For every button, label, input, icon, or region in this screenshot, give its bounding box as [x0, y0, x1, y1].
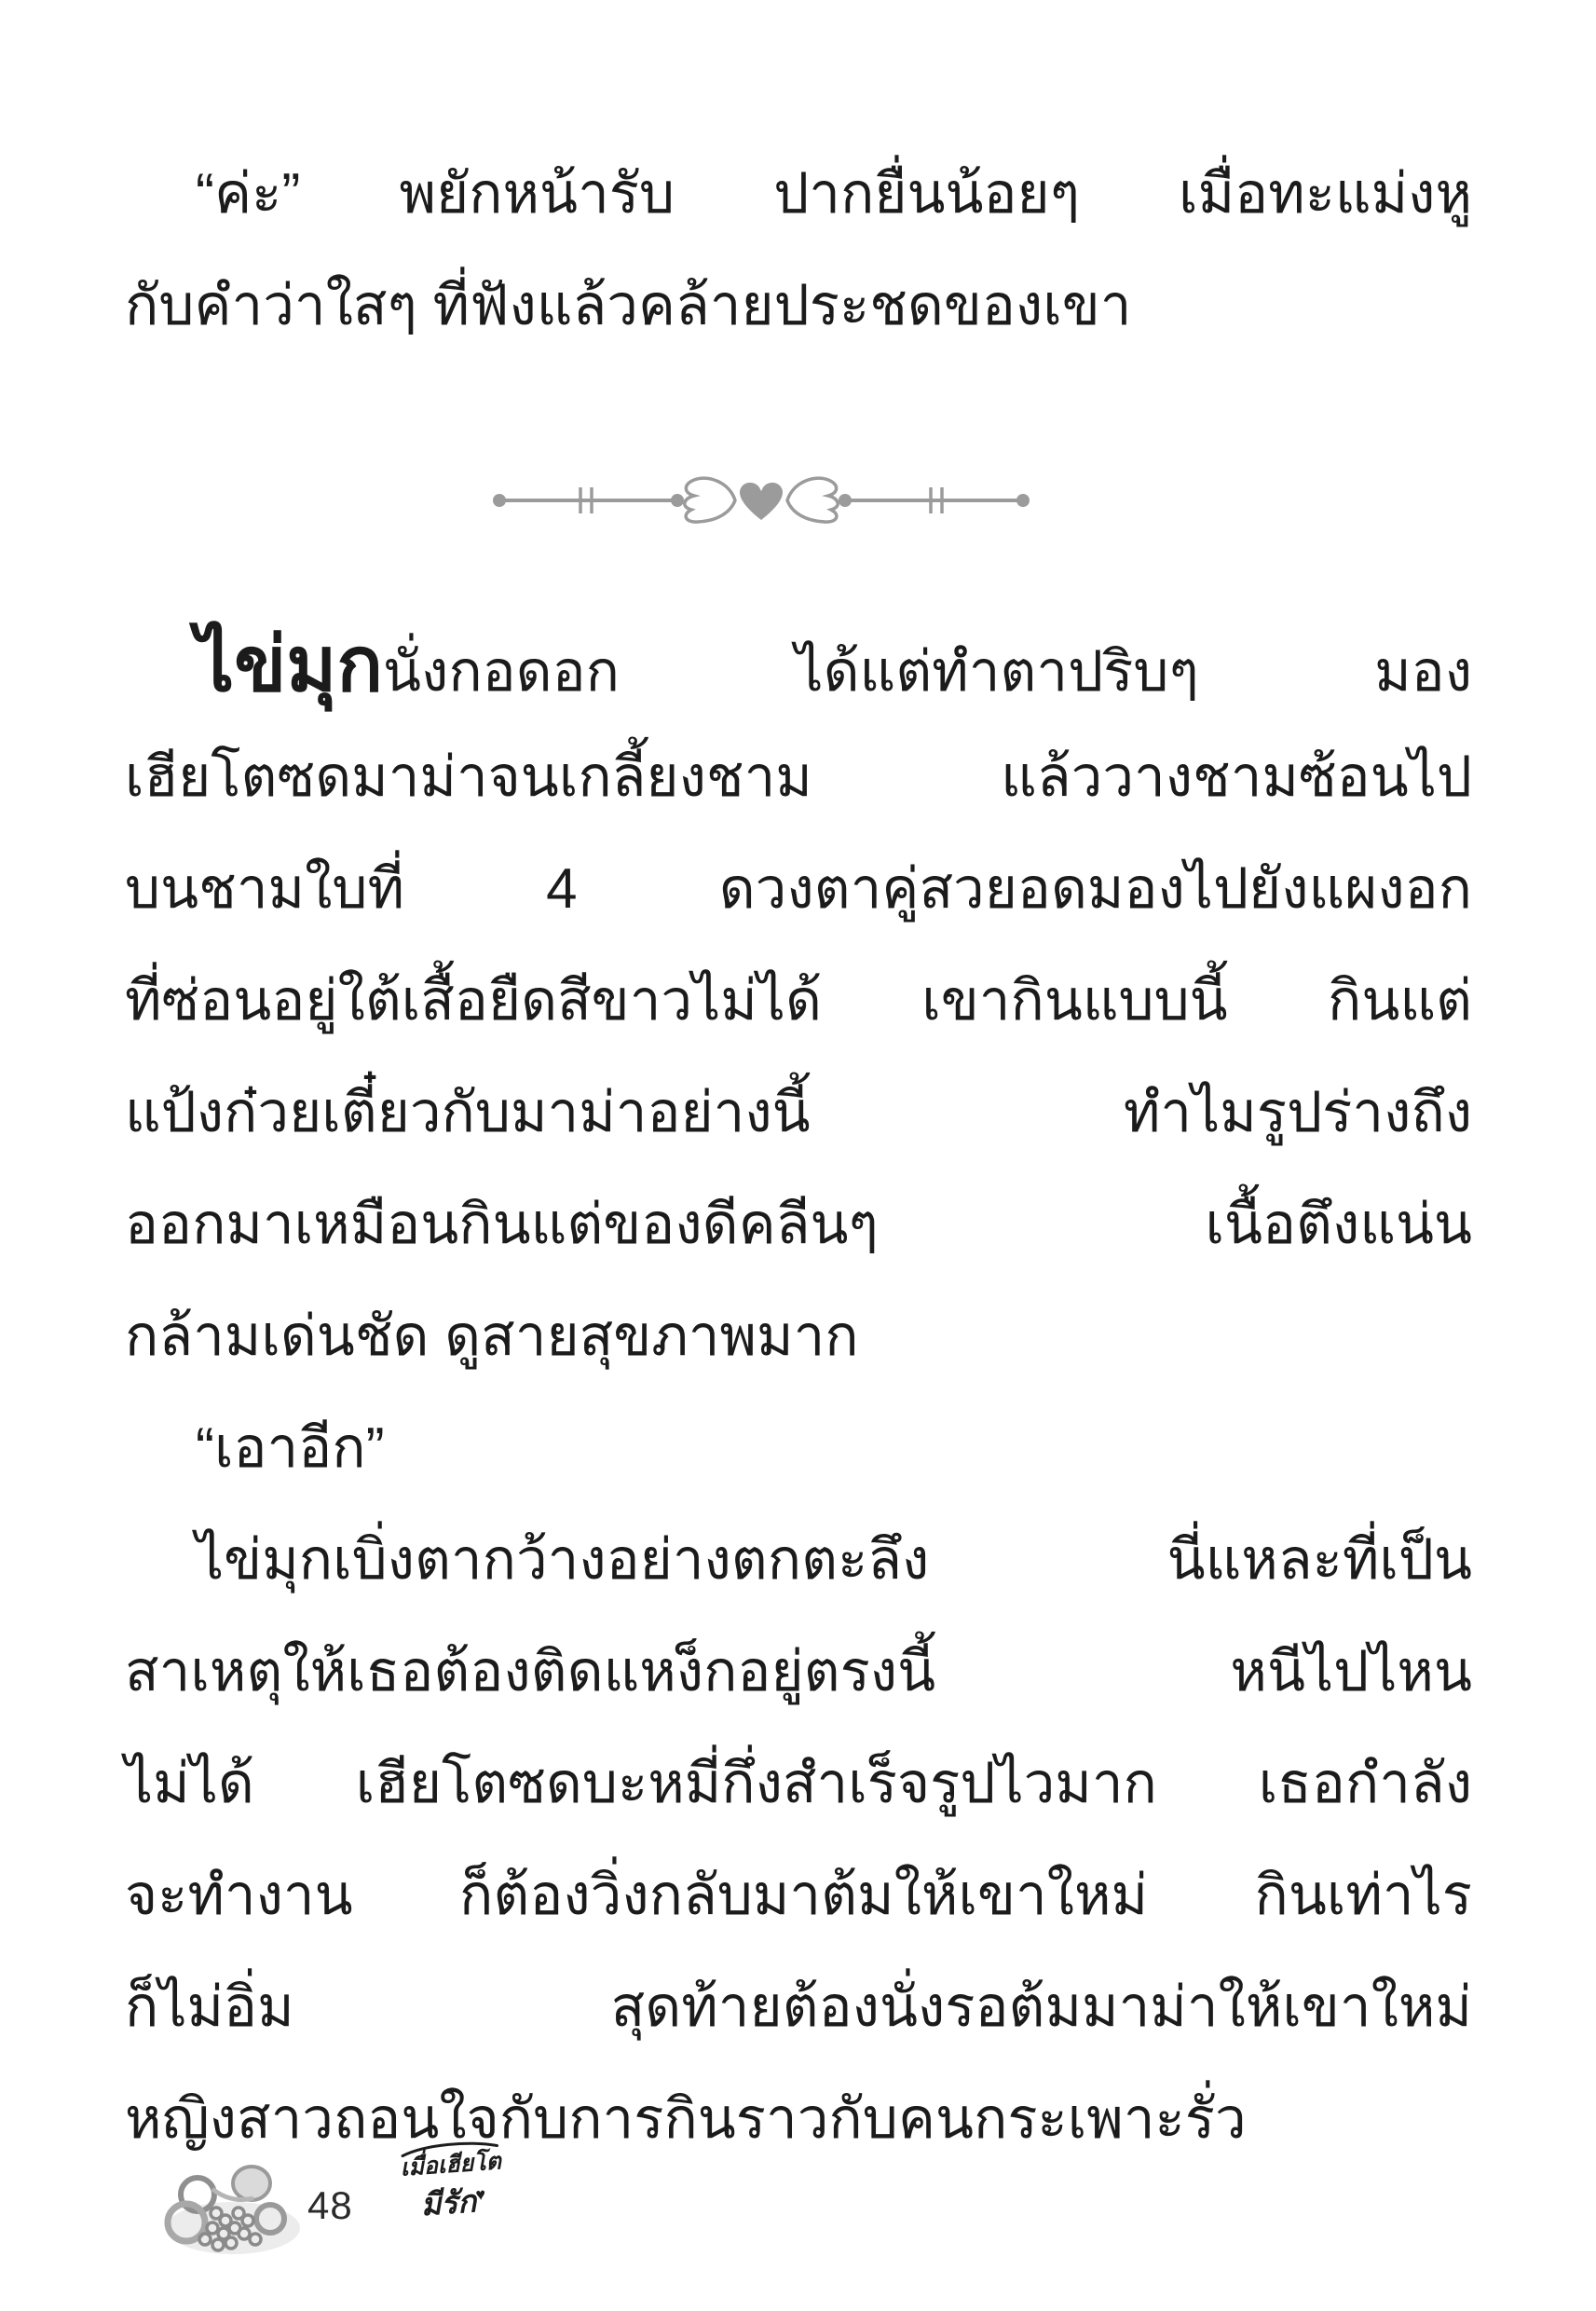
page-footer: 48 เมื่อเฮียโต มีรัก♥ [0, 2139, 1596, 2278]
book-logo: เมื่อเฮียโต มีรัก♥ [389, 2137, 515, 2225]
text-line: สาเหตุให้เธอต้องติดแหง็กอยู่ตรงนี้ หนีไป… [125, 1616, 1472, 1728]
paragraph: “ค่ะ” พยักหน้ารับ ปากยื่นน้อยๆ เมื่อทะแม… [125, 138, 1472, 362]
divider-end-dot [1016, 494, 1030, 507]
page-body-text: “ค่ะ” พยักหน้ารับ ปากยื่นน้อยๆ เมื่อทะแม… [125, 0, 1472, 2175]
text-line: “เอาอีก” [125, 1392, 1472, 1504]
paragraph: ไข่มุกนั่งกอดอก ได้แต่ทำตาปริบๆ มอง เฮีย… [125, 609, 1472, 1392]
paragraph: “เอาอีก” [125, 1392, 1472, 1504]
text-line: ออกมาเหมือนกินแต่ของดีคลีนๆ เนื้อตึงแน่น [125, 1169, 1472, 1280]
paragraph-lead-word: ไข่มุก [196, 622, 383, 707]
text-line: “ค่ะ” พยักหน้ารับ ปากยื่นน้อยๆ เมื่อทะแม… [125, 138, 1472, 250]
book-page: “ค่ะ” พยักหน้ารับ ปากยื่นน้อยๆ เมื่อทะแม… [0, 0, 1596, 2311]
logo-title-text: มีรัก [419, 2185, 477, 2222]
text-run: นั่งกอดอก ได้แต่ทำตาปริบๆ มอง [383, 640, 1472, 703]
paragraph: ไข่มุกเบิ่งตากว้างอย่างตกตะลึง นี่แหละที… [125, 1504, 1472, 2175]
text-line: บนชามใบที่ 4 ดวงตาคู่สวยอดมองไปยังแผงอก [125, 833, 1472, 945]
section-divider [125, 472, 1472, 529]
heart-icon: ♥ [475, 2185, 486, 2205]
winged-heart-divider [491, 472, 1031, 529]
page-number: 48 [307, 2183, 353, 2228]
text-line: กับคำว่าใสๆ ที่ฟังแล้วคล้ายประชดของเขา [125, 250, 1472, 362]
text-line: ไข่มุกเบิ่งตากว้างอย่างตกตะลึง นี่แหละที… [125, 1504, 1472, 1616]
wing-right-icon [787, 478, 838, 522]
text-line: แป้งก๋วยเตี๋ยวกับมาม่าอย่างนี้ ทำไมรูปร่… [125, 1057, 1472, 1169]
text-line: จะทำงาน ก็ต้องวิ่งกลับมาต้มให้เขาใหม่ กิ… [125, 1839, 1472, 1951]
wing-left-icon [685, 478, 735, 522]
text-line: กล้ามเด่นชัด ดูสายสุขภาพมาก [125, 1280, 1472, 1392]
text-line: เฮียโตซดมาม่าจนเกลี้ยงชาม แล้ววางชามซ้อน… [125, 721, 1472, 833]
text-line: ไข่มุกนั่งกอดอก ได้แต่ทำตาปริบๆ มอง [125, 609, 1472, 721]
logo-title-line2: มีรัก♥ [391, 2175, 515, 2224]
text-line: ก็ไม่อิ่ม สุดท้ายต้องนั่งรอต้มมาม่าให้เข… [125, 1951, 1472, 2063]
heart-icon [740, 483, 783, 520]
text-line: ที่ซ่อนอยู่ใต้เสื้อยืดสีขาวไม่ได้ เขากิน… [125, 945, 1472, 1057]
jewelry-photo [158, 2155, 307, 2258]
text-line: ไม่ได้ เฮียโตซดบะหมี่กึ่งสำเร็จรูปไวมาก … [125, 1728, 1472, 1839]
divider-inner-dot [671, 494, 684, 507]
